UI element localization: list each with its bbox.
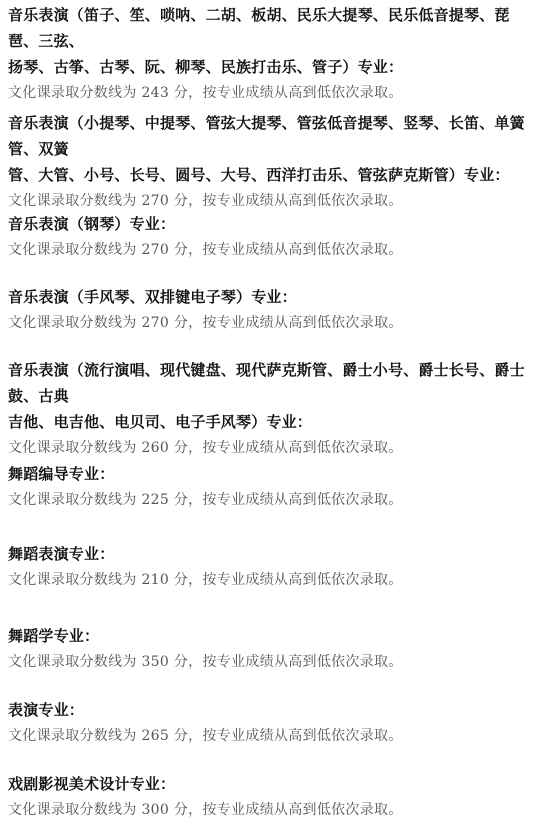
cutoff-text: 文化课录取分数线为 270 分，按专业成绩从高到低依次录取。 <box>8 310 530 336</box>
section-heading-line: 管、大管、小号、长号、圆号、大号、西洋打击乐、管弦萨克斯管）专业： <box>8 162 530 188</box>
section-dance-performance: 舞蹈表演专业： 文化课录取分数线为 210 分，按专业成绩从高到低依次录取。 <box>8 541 530 593</box>
section-heading-line: 扬琴、古筝、古琴、阮、柳琴、民族打击乐、管子）专业： <box>8 54 530 80</box>
section-acting: 表演专业： 文化课录取分数线为 265 分，按专业成绩从高到低依次录取。 <box>8 697 530 749</box>
section-orchestral-instruments: 音乐表演（小提琴、中提琴、管弦大提琴、管弦低音提琴、竖琴、长笛、单簧管、双簧 管… <box>8 110 530 214</box>
cutoff-text: 文化课录取分数线为 350 分，按专业成绩从高到低依次录取。 <box>8 649 530 675</box>
section-choreography: 舞蹈编导专业： 文化课录取分数线为 225 分，按专业成绩从高到低依次录取。 <box>8 461 530 513</box>
section-heading-line: 舞蹈表演专业： <box>8 541 530 567</box>
section-heading-line: 音乐表演（笛子、笙、唢呐、二胡、板胡、民乐大提琴、民乐低音提琴、琵琶、三弦、 <box>8 2 530 54</box>
section-piano: 音乐表演（钢琴）专业： 文化课录取分数线为 270 分，按专业成绩从高到低依次录… <box>8 211 530 263</box>
section-heading-line: 表演专业： <box>8 697 530 723</box>
section-heading-line: 音乐表演（流行演唱、现代键盘、现代萨克斯管、爵士小号、爵士长号、爵士鼓、古典 <box>8 357 530 409</box>
section-heading-line: 舞蹈编导专业： <box>8 461 530 487</box>
section-heading-line: 舞蹈学专业： <box>8 623 530 649</box>
section-heading-line: 音乐表演（小提琴、中提琴、管弦大提琴、管弦低音提琴、竖琴、长笛、单簧管、双簧 <box>8 110 530 162</box>
cutoff-text: 文化课录取分数线为 260 分，按专业成绩从高到低依次录取。 <box>8 435 530 461</box>
section-dance-studies: 舞蹈学专业： 文化课录取分数线为 350 分，按专业成绩从高到低依次录取。 <box>8 623 530 675</box>
section-heading-line: 戏剧影视美术设计专业： <box>8 771 530 797</box>
cutoff-text: 文化课录取分数线为 210 分，按专业成绩从高到低依次录取。 <box>8 567 530 593</box>
section-pop-jazz: 音乐表演（流行演唱、现代键盘、现代萨克斯管、爵士小号、爵士长号、爵士鼓、古典 吉… <box>8 357 530 461</box>
cutoff-text: 文化课录取分数线为 270 分，按专业成绩从高到低依次录取。 <box>8 237 530 263</box>
cutoff-text: 文化课录取分数线为 265 分，按专业成绩从高到低依次录取。 <box>8 723 530 749</box>
section-heading-line: 音乐表演（钢琴）专业： <box>8 211 530 237</box>
section-folk-instruments: 音乐表演（笛子、笙、唢呐、二胡、板胡、民乐大提琴、民乐低音提琴、琵琶、三弦、 扬… <box>8 2 530 106</box>
cutoff-text: 文化课录取分数线为 225 分，按专业成绩从高到低依次录取。 <box>8 487 530 513</box>
section-heading-line: 音乐表演（手风琴、双排键电子琴）专业： <box>8 284 530 310</box>
cutoff-text: 文化课录取分数线为 300 分，按专业成绩从高到低依次录取。 <box>8 797 530 823</box>
cutoff-text: 文化课录取分数线为 243 分，按专业成绩从高到低依次录取。 <box>8 80 530 106</box>
section-heading-line: 吉他、电吉他、电贝司、电子手风琴）专业： <box>8 409 530 435</box>
section-stage-art-design: 戏剧影视美术设计专业： 文化课录取分数线为 300 分，按专业成绩从高到低依次录… <box>8 771 530 823</box>
section-accordion-electone: 音乐表演（手风琴、双排键电子琴）专业： 文化课录取分数线为 270 分，按专业成… <box>8 284 530 336</box>
